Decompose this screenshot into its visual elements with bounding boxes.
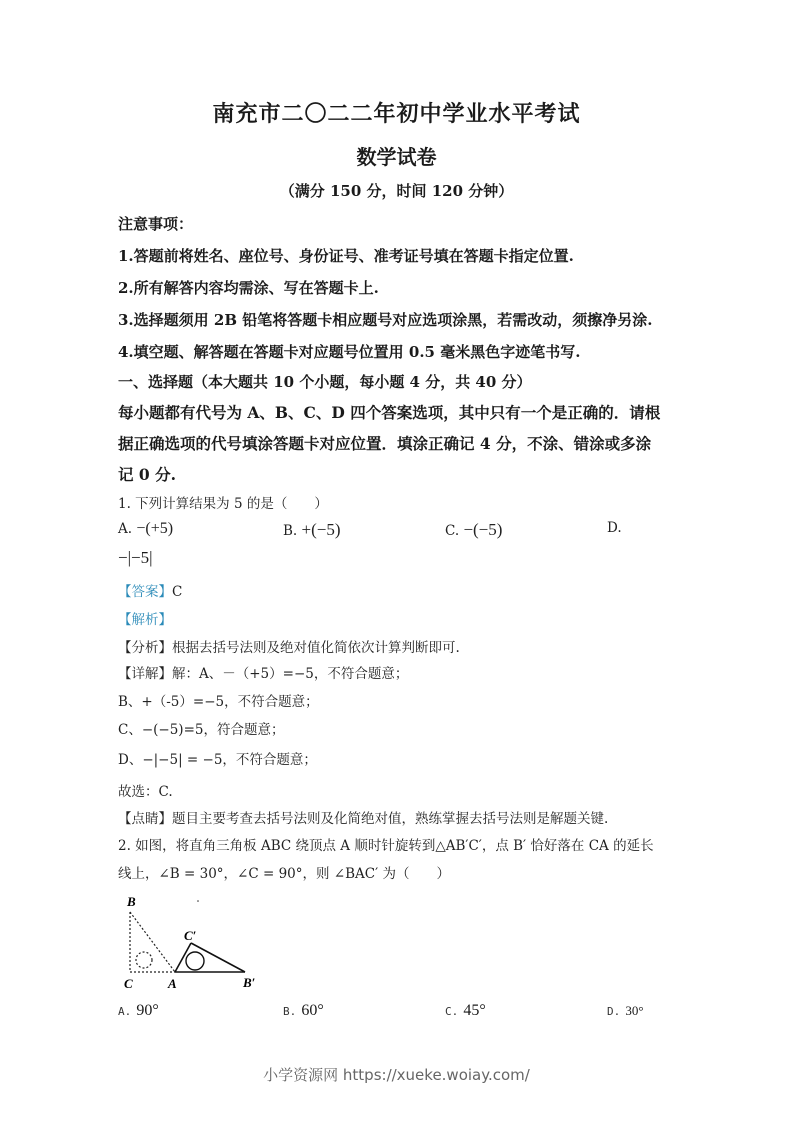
dianjing-line: 【点睛】题目主要考查去括号法则及化简绝对值，熟练掌握去括号法则是解题关键. [118, 807, 608, 827]
option-label: D. [607, 520, 622, 536]
section-intro-line: 据正确选项的代号填涂答题卡对应位置．填涂正确记 4 分，不涂、错涂或多涂 [118, 432, 651, 454]
label-c-prime: C′ [184, 928, 197, 943]
option-label: B. [283, 523, 297, 539]
answer-tag: 【答案】 [118, 584, 172, 600]
analysis-fenxi: 【分析】根据去括号法则及绝对值化简依次计算判断即可. [118, 636, 460, 656]
q1-option-d: D. [607, 520, 622, 536]
detail-line: B、+（-5）=−5，不符合题意； [118, 690, 319, 710]
section-intro-line: 每小题都有代号为 A、B、C、D 四个答案选项，其中只有一个是正确的．请根 [118, 401, 660, 423]
option-label: C. [445, 523, 459, 539]
option-value: 45° [463, 1002, 485, 1019]
option-value: 30° [625, 1003, 643, 1018]
option-expr: −(+5) [136, 520, 173, 537]
answer-line: 【答案】C [118, 580, 182, 600]
q1-option-d-expr: −|−5| [118, 548, 152, 568]
analysis-tag: 【解析】 [118, 608, 172, 628]
note-item: 3.选择题须用 2B 铅笔将答题卡相应题号对应选项涂黑，若需改动，须擦净另涂. [118, 309, 652, 330]
q2-option-a: A. 90° [118, 1000, 159, 1020]
answer-value: C [172, 584, 182, 600]
triangle-diagram: B C A C′ B′ [118, 890, 268, 990]
note-item: 4.填空题、解答题在答题卡对应题号位置用 0.5 毫米黑色字迹笔书写. [118, 341, 580, 362]
q2-option-c: C. 45° [445, 1000, 486, 1020]
watermark-footer: 小学资源网 https://xueke.woiay.com/ [0, 1064, 793, 1085]
label-b: B [126, 894, 136, 909]
detail-line: 【详解】解：A、－（+5）=−5，不符合题意； [118, 662, 408, 682]
exam-subtitle: 数学试卷 [0, 141, 793, 170]
label-a: A [167, 976, 177, 990]
note-item: 1.答题前将姓名、座位号、身份证号、准考证号填在答题卡指定位置. [118, 245, 574, 266]
detail-line: 故选：C. [118, 780, 173, 800]
q2-option-b: B. 60° [283, 1000, 324, 1020]
option-label: D. [607, 1005, 620, 1018]
detail-line: D、−|−5| = −5，不符合题意； [118, 748, 317, 768]
label-b-prime: B′ [242, 975, 256, 990]
option-label: C. [445, 1005, 458, 1018]
q1-option-b: B. +(−5) [283, 520, 341, 540]
question-2-stem-line2: 线上，∠B = 30°，∠C = 90°，则 ∠BAC′ 为（ ） [118, 862, 450, 882]
label-c: C [124, 976, 133, 990]
notes-heading: 注意事项： [118, 213, 193, 234]
option-expr: +(−5) [302, 520, 341, 539]
note-item: 2.所有解答内容均需涂、写在答题卡上. [118, 277, 379, 298]
option-label: A. [118, 1005, 131, 1018]
section-heading: 一、选择题（本大题共 10 个小题，每小题 4 分，共 40 分） [118, 371, 532, 392]
exam-page: 南充市二〇二二年初中学业水平考试 数学试卷 （满分 150 分，时间 120 分… [0, 0, 793, 1122]
q1-option-c: C. −(−5) [445, 520, 502, 540]
question-2-stem-line1: 2. 如图，将直角三角板 ABC 绕顶点 A 顺时针旋转到△AB′C′，点 B′… [118, 834, 654, 854]
option-label: B. [283, 1005, 296, 1018]
triangle-rotation-figure: B C A C′ B′ [118, 890, 268, 990]
detail-line: C、−(−5)=5，符合题意； [118, 718, 284, 738]
option-value: 60° [301, 1002, 323, 1019]
q2-option-d: D. 30° [607, 1000, 644, 1019]
section-intro-line: 记 0 分. [118, 463, 176, 485]
question-1-stem: 1. 下列计算结果为 5 的是（ ） [118, 492, 328, 512]
q1-option-a: A. −(+5) [118, 520, 173, 538]
option-expr: −(−5) [463, 520, 502, 539]
option-value: 90° [136, 1002, 158, 1019]
exam-title: 南充市二〇二二年初中学业水平考试 [0, 97, 793, 128]
option-label: A. [118, 521, 132, 537]
exam-info: （满分 150 分，时间 120 分钟） [0, 180, 793, 201]
